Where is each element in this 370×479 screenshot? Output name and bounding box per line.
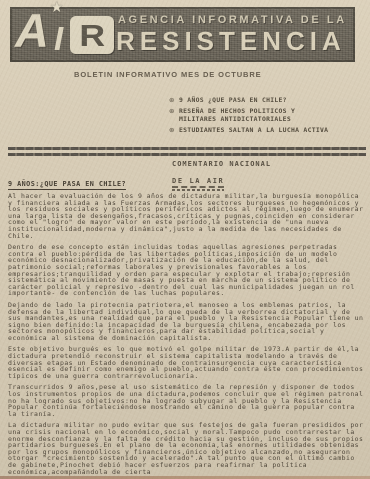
asterisk-bullet-icon: ⊛ bbox=[169, 96, 179, 104]
scanned-bulletin-page: { "header": { "logo": { "letter_a": "A",… bbox=[0, 0, 370, 479]
agency-title: RESISTENCIA bbox=[116, 26, 354, 57]
dashed-underline bbox=[172, 189, 224, 191]
asterisk-bullet-icon: ⊛ bbox=[169, 126, 179, 134]
logo-letter-r: R bbox=[79, 20, 105, 51]
article-headline: 9 AÑOS:¿QUE PASA EN CHILE? bbox=[8, 180, 126, 190]
horizontal-divider bbox=[8, 147, 366, 150]
masthead-banner: ★ A I R AGENCIA INFORMATIVA DE LA RESIST… bbox=[10, 7, 355, 62]
logo-letter-i: I bbox=[54, 22, 63, 55]
list-item-label: 9 AÑOS ¿QUE PASA EN CHILE? bbox=[179, 96, 287, 104]
list-item-label: RESEÑA DE HECHOS POLITICOS YMILITARES AN… bbox=[179, 107, 295, 123]
list-item-line: MILITARES ANTIDICTATORIALES bbox=[179, 115, 291, 123]
bulletin-title: BOLETIN INFORMATIVO MES DE OCTUBRE bbox=[74, 70, 262, 79]
asterisk-bullet-icon: ⊛ bbox=[169, 107, 179, 123]
contents-list: ⊛ 9 AÑOS ¿QUE PASA EN CHILE? ⊛ RESEÑA DE… bbox=[169, 96, 328, 137]
paragraph: Dejando de lado la pirotecnia patriotera… bbox=[8, 302, 366, 342]
kicker-line-2: DE LA AIR bbox=[172, 177, 224, 188]
list-item: ⊛ ESTUDIANTES SALTAN A LA LUCHA ACTIVA bbox=[169, 126, 328, 134]
agency-subtitle: AGENCIA INFORMATIVA DE LA bbox=[118, 14, 350, 26]
paragraph: Dentro de ese concepto están incluidas t… bbox=[8, 244, 366, 297]
list-item: ⊛ RESEÑA DE HECHOS POLITICOS YMILITARES … bbox=[169, 107, 328, 123]
star-icon: ★ bbox=[50, 0, 63, 15]
logo-r-box: R bbox=[70, 16, 114, 54]
horizontal-divider bbox=[8, 153, 366, 156]
kicker-line-1: COMENTARIO NACIONAL bbox=[172, 160, 271, 168]
list-item-line: RESEÑA DE HECHOS POLITICOS Y bbox=[179, 107, 295, 115]
paragraph: Al hacer la evaluación de los 9 años de … bbox=[8, 193, 366, 239]
paragraph: Transcurridos 9 años,pese al uso sistemá… bbox=[8, 384, 366, 417]
paragraph: La dictadura militar no pudo evitar que … bbox=[8, 422, 366, 475]
section-kicker: COMENTARIO NACIONAL DE LA AIR bbox=[172, 160, 271, 191]
paragraph: Este objetivo burgués es lo que motivó e… bbox=[8, 346, 366, 379]
list-item-label: ESTUDIANTES SALTAN A LA LUCHA ACTIVA bbox=[179, 126, 328, 134]
logo-letter-a: A bbox=[15, 7, 49, 54]
article-body: Al hacer la evaluación de los 9 años de … bbox=[8, 193, 366, 479]
list-item: ⊛ 9 AÑOS ¿QUE PASA EN CHILE? bbox=[169, 96, 328, 104]
